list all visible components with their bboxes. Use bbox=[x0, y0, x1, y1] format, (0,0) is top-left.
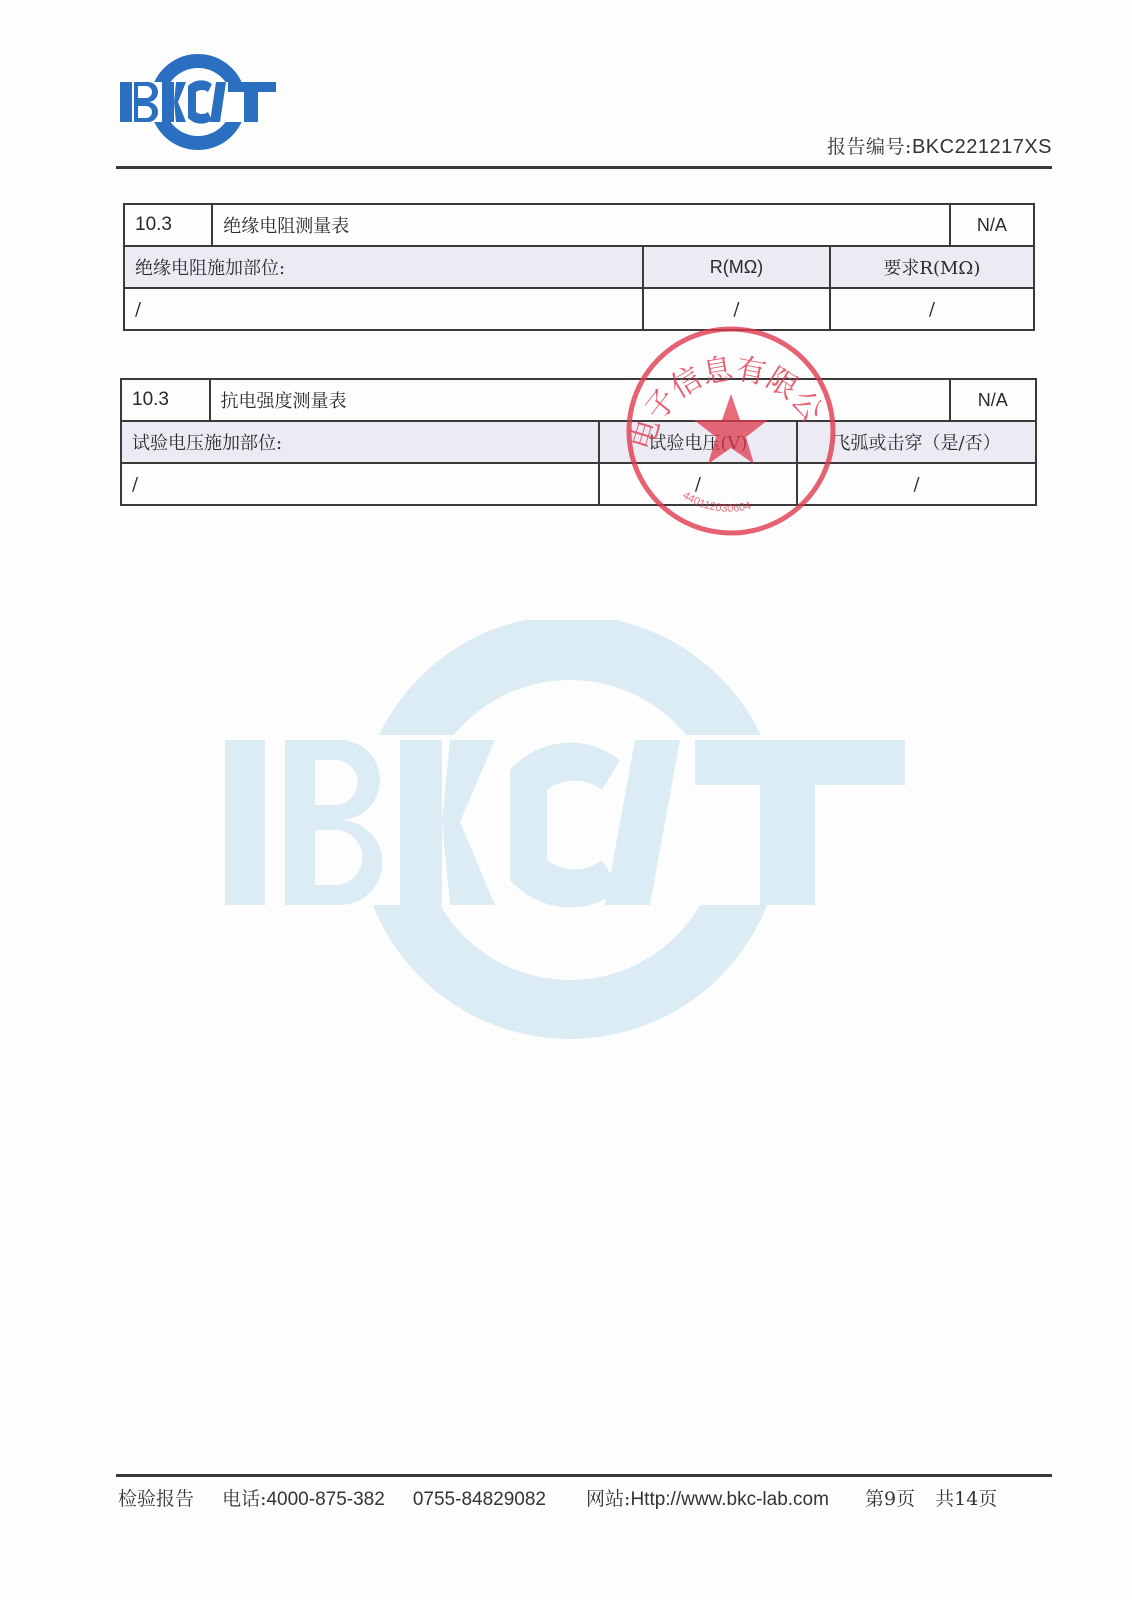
header-divider bbox=[116, 166, 1052, 169]
footer-phone-2: 0755-84829082 bbox=[413, 1489, 546, 1511]
svg-text:440112030604: 440112030604 bbox=[680, 489, 752, 514]
column-header: 试验电压施加部位: bbox=[121, 421, 599, 463]
footer-phone-1: 4000-875-382 bbox=[266, 1489, 384, 1511]
footer-website-label: 网站: bbox=[586, 1484, 630, 1511]
table-title-row: 10.3 抗电强度测量表 N/A bbox=[121, 379, 1036, 421]
table-cell: / bbox=[121, 463, 599, 505]
report-number-label: 报告编号: bbox=[827, 136, 912, 158]
table-title: 绝缘电阻测量表 bbox=[212, 204, 950, 246]
stamp-code: 440112030604 bbox=[680, 489, 752, 514]
table-row: / / / bbox=[124, 288, 1034, 330]
star-icon bbox=[694, 394, 768, 464]
footer-page-current: 第9页 bbox=[865, 1484, 915, 1511]
verdict: N/A bbox=[950, 379, 1036, 421]
footer-website-link[interactable]: Http://www.bkc-lab.com bbox=[630, 1489, 829, 1511]
column-header: 要求R(MΩ) bbox=[830, 246, 1034, 288]
footer-doc-type: 检验报告 bbox=[118, 1484, 194, 1511]
column-header: 绝缘电阻施加部位: bbox=[124, 246, 643, 288]
footer-phone-label: 电话: bbox=[222, 1484, 266, 1511]
column-header: R(MΩ) bbox=[643, 246, 830, 288]
footer-divider bbox=[116, 1474, 1052, 1477]
section-number: 10.3 bbox=[121, 379, 210, 421]
table-cell: / bbox=[124, 288, 643, 330]
report-number: 报告编号:BKC221217XS bbox=[827, 132, 1052, 159]
company-seal-stamp: 电子信息有限公司 440112030604 bbox=[622, 322, 840, 540]
section-number: 10.3 bbox=[124, 204, 212, 246]
table-header-row: 绝缘电阻施加部位: R(MΩ) 要求R(MΩ) bbox=[124, 246, 1034, 288]
table-header-row: 试验电压施加部位: 试验电压(V) 飞弧或击穿（是/否） bbox=[121, 421, 1036, 463]
watermark-logo bbox=[225, 620, 915, 1040]
table-row: / / / bbox=[121, 463, 1036, 505]
company-logo bbox=[118, 52, 278, 152]
table-cell: / bbox=[830, 288, 1034, 330]
report-number-value: BKC221217XS bbox=[912, 136, 1052, 158]
dielectric-strength-table: 10.3 抗电强度测量表 N/A 试验电压施加部位: 试验电压(V) 飞弧或击穿… bbox=[120, 378, 1037, 506]
page-footer: 检验报告 电话:4000-875-382 0755-84829082 网站:Ht… bbox=[118, 1484, 1058, 1511]
verdict: N/A bbox=[950, 204, 1034, 246]
table-title-row: 10.3 绝缘电阻测量表 N/A bbox=[124, 204, 1034, 246]
insulation-resistance-table: 10.3 绝缘电阻测量表 N/A 绝缘电阻施加部位: R(MΩ) 要求R(MΩ)… bbox=[123, 203, 1035, 331]
footer-page-total: 共14页 bbox=[935, 1484, 997, 1511]
